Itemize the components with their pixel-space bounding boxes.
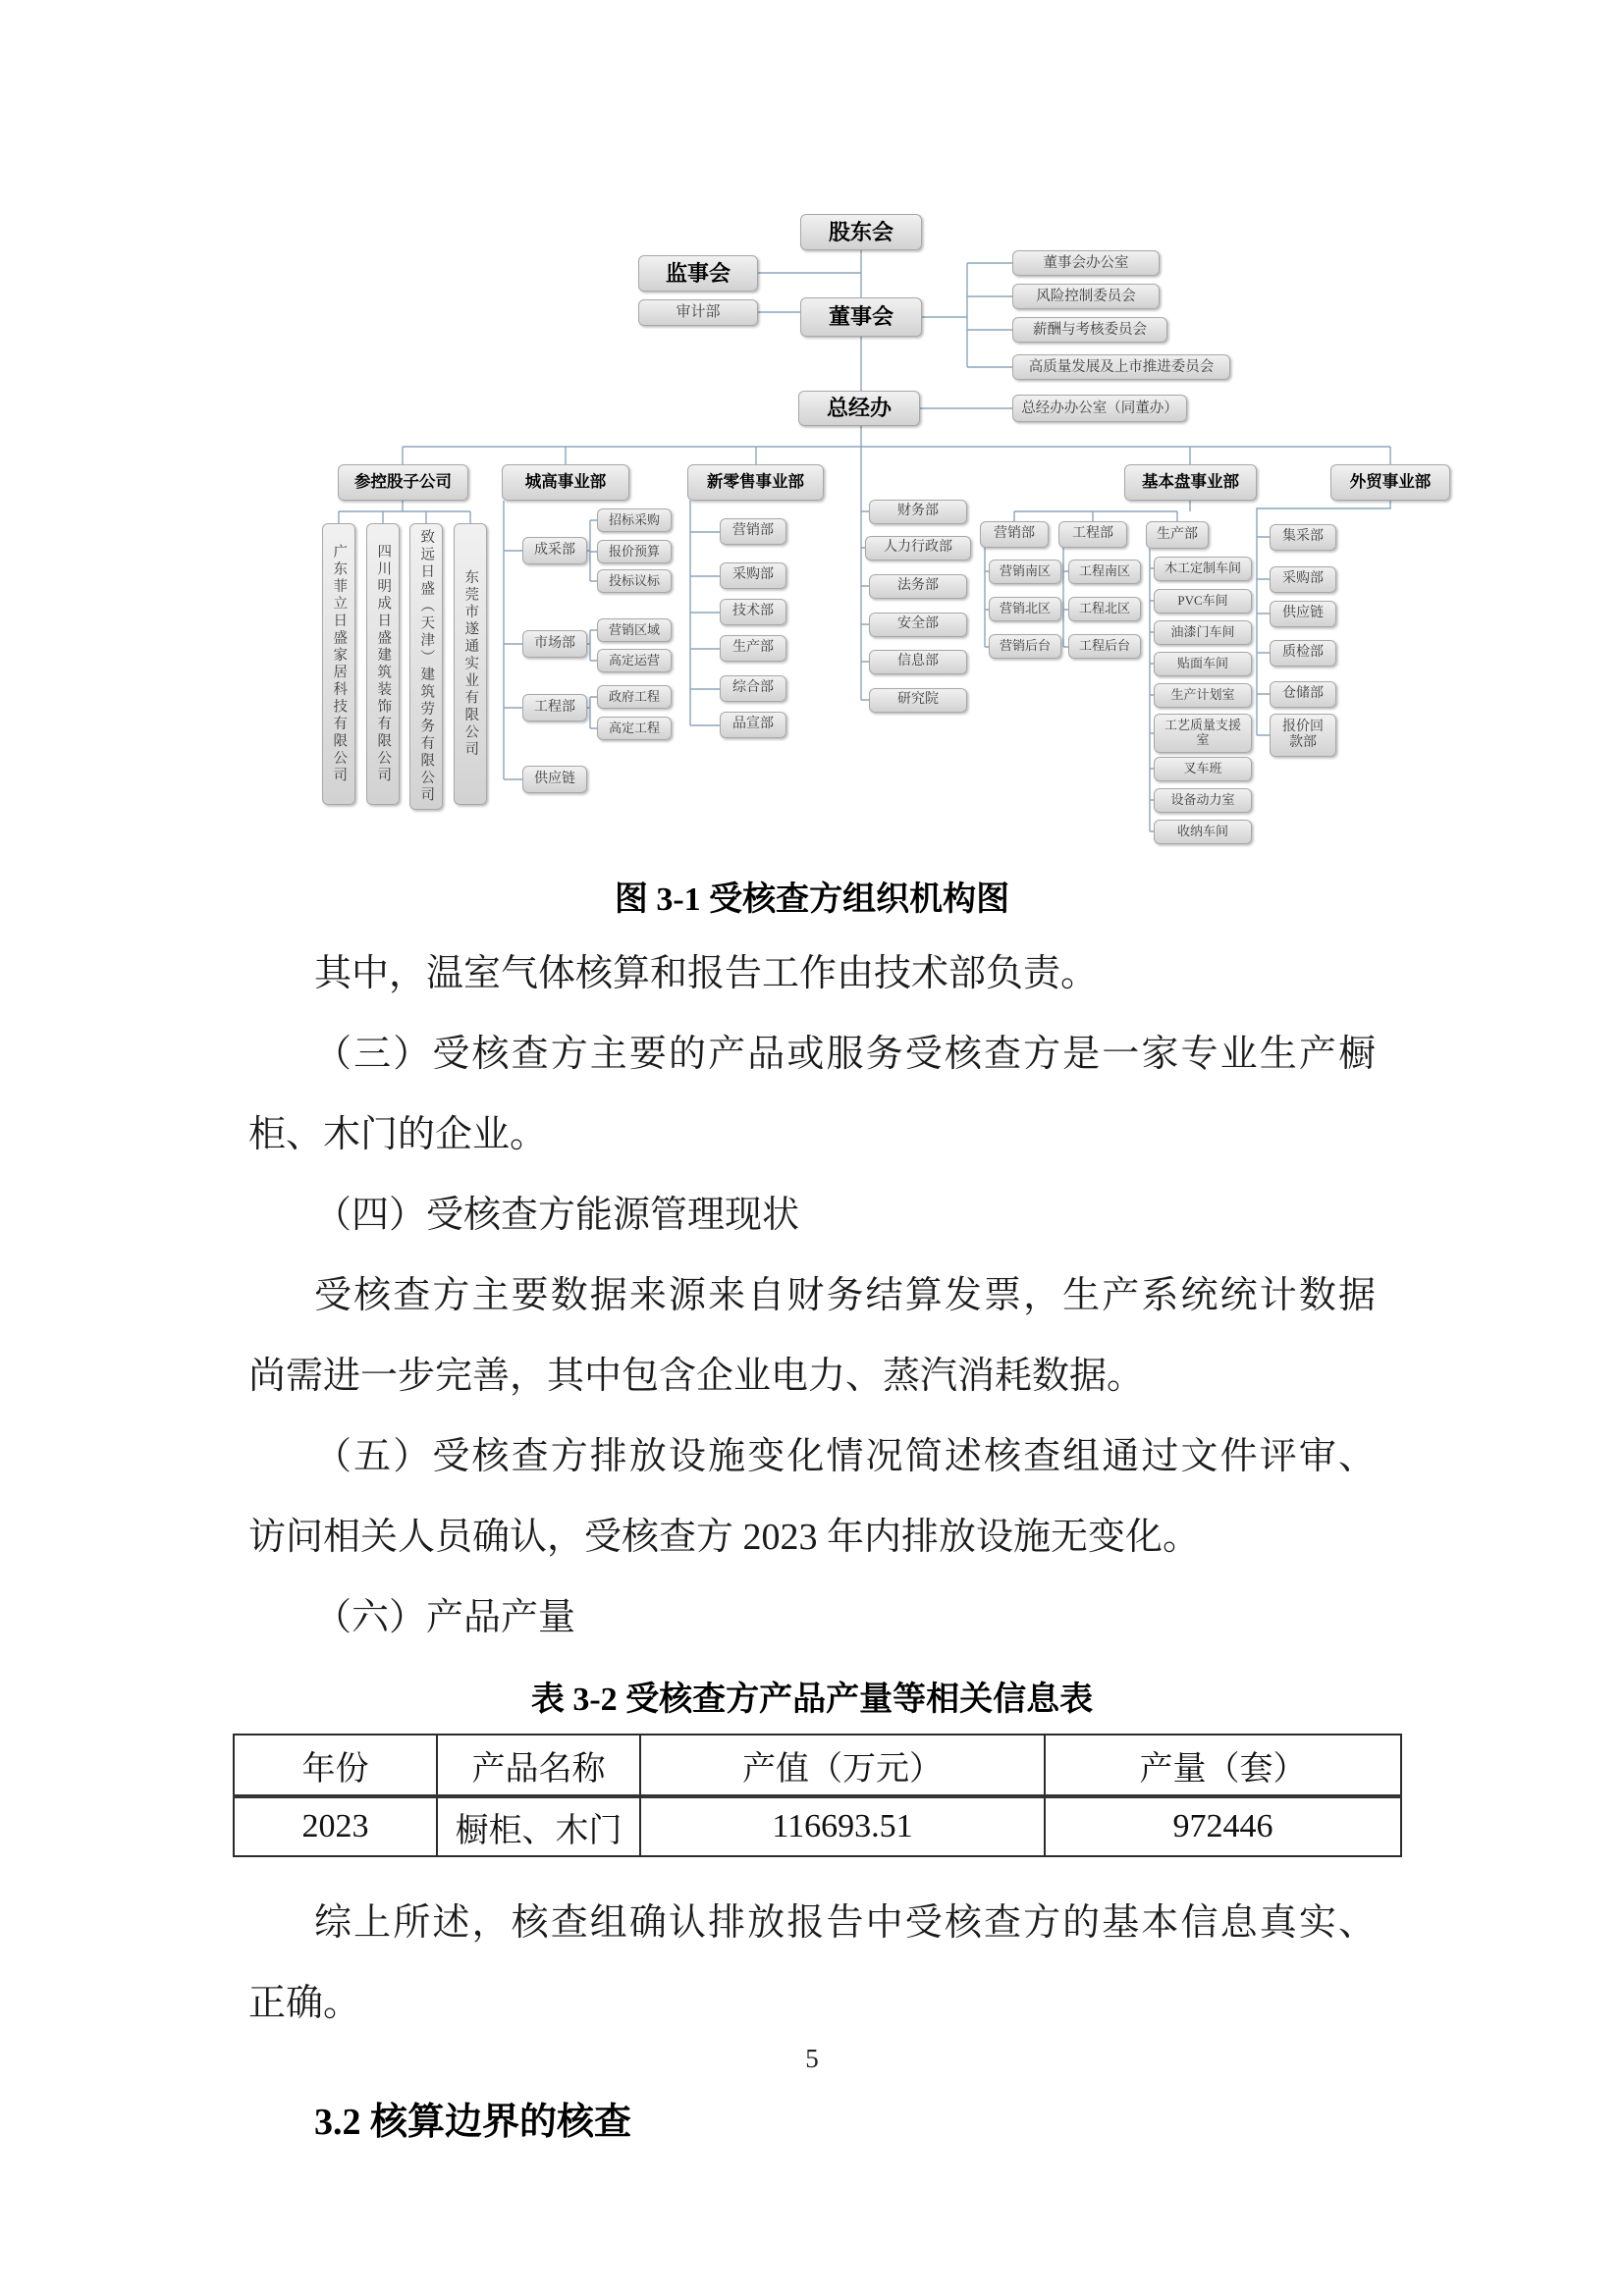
org-node-cg2: 市场部 xyxy=(522,630,587,658)
connector-division-drops xyxy=(403,447,1390,464)
org-node-p9: 收纳车间 xyxy=(1154,820,1252,844)
org-node-xl4: 生产部 xyxy=(720,635,786,662)
org-node-cg1: 成采部 xyxy=(522,537,587,564)
org-node-m2: 人力行政部 xyxy=(865,536,971,561)
org-node-jb3: 生产部 xyxy=(1146,521,1209,549)
org-node-c2: 风险控制委员会 xyxy=(1012,284,1160,309)
org-node-jianshi: 监事会 xyxy=(638,255,758,292)
org-node-xl5: 综合部 xyxy=(720,675,786,702)
org-node-xl1: 营销部 xyxy=(720,518,786,545)
org-node-w4: 质检部 xyxy=(1270,640,1336,667)
text-line: 受核查方主要数据来源来自财务结算发票，生产系统统计数据 xyxy=(248,1255,1376,1336)
org-node-d5: 外贸事业部 xyxy=(1330,464,1450,501)
org-node-s1: 广东菲立日盛家居科技有限公司 xyxy=(322,523,355,805)
org-node-jb2a: 工程南区 xyxy=(1068,560,1141,584)
org-node-w3: 供应链 xyxy=(1270,601,1336,627)
text-line: （六）产品产量 xyxy=(248,1577,1376,1658)
org-node-c3: 薪酬与考核委员会 xyxy=(1012,317,1167,343)
text-line: （四）受核查方能源管理现状 xyxy=(248,1175,1376,1255)
org-node-xl3: 技术部 xyxy=(720,599,786,625)
org-node-xl2: 采购部 xyxy=(720,562,786,589)
figure-caption: 图 3-1 受核查方组织机构图 xyxy=(248,872,1376,920)
org-node-dongshi: 董事会 xyxy=(800,297,922,337)
org-node-c4: 高质量发展及上市推进委员会 xyxy=(1012,354,1230,380)
text-line: 其中，温室气体核算和报告工作由技术部负责。 xyxy=(248,934,1376,1014)
org-node-jb2: 工程部 xyxy=(1058,521,1127,548)
org-node-d4: 基本盘事业部 xyxy=(1124,464,1257,501)
table-cell-product: 橱柜、木门 xyxy=(437,1796,640,1856)
org-node-cg3a: 政府工程 xyxy=(597,685,672,709)
text-line: 尚需进一步完善，其中包含企业电力、蒸汽消耗数据。 xyxy=(248,1336,1376,1416)
closing-text: 综上所述，核查组确认排放报告中受核查方的基本信息真实、正确。 xyxy=(248,1883,1376,2044)
org-node-cg3: 工程部 xyxy=(522,694,587,721)
org-node-m3: 法务部 xyxy=(869,574,967,599)
document-page: 股东会监事会审计部董事会总经办董事会办公室风险控制委员会薪酬与考核委员会高质量发… xyxy=(0,0,1624,2296)
org-node-c1: 董事会办公室 xyxy=(1012,250,1160,276)
table-caption: 表 3-2 受核查方产品产量等相关信息表 xyxy=(248,1672,1376,1720)
text-line: 综上所述，核查组确认排放报告中受核查方的基本信息真实、 xyxy=(248,1883,1376,1963)
org-node-w5: 仓储部 xyxy=(1270,681,1336,708)
org-node-s4: 东莞市遂通实业有限公司 xyxy=(454,523,487,805)
org-node-d2: 城高事业部 xyxy=(502,464,629,501)
org-node-d1: 参控股子公司 xyxy=(338,464,468,501)
table-cell-value: 116693.51 xyxy=(640,1796,1045,1856)
org-node-s2: 四川明成日盛建筑装饰有限公司 xyxy=(366,523,400,805)
table-data-row: 2023 橱柜、木门 116693.51 972446 xyxy=(234,1796,1401,1856)
org-node-cg4: 供应链 xyxy=(522,766,587,793)
org-node-s3: 致远日盛（天津）建筑劳务有限公司 xyxy=(409,523,443,810)
org-node-gudong: 股东会 xyxy=(800,214,922,250)
text-line: （五）受核查方排放设施变化情况简述核查组通过文件评审、 xyxy=(248,1416,1376,1497)
org-node-p8: 设备动力室 xyxy=(1154,788,1252,813)
org-node-jb2b: 工程北区 xyxy=(1068,597,1141,621)
org-node-jb1: 营销部 xyxy=(980,521,1049,548)
table-header-year: 年份 xyxy=(234,1735,437,1796)
org-node-xl6: 品宣部 xyxy=(720,712,786,738)
org-node-m6: 研究院 xyxy=(869,688,967,713)
org-node-p7: 叉车班 xyxy=(1154,757,1252,781)
connector-committees xyxy=(920,263,1012,408)
org-node-c5: 总经办办公室（同董办） xyxy=(1012,395,1187,422)
org-node-cg1b: 报价预算 xyxy=(597,540,672,563)
org-chart: 股东会监事会审计部董事会总经办董事会办公室风险控制委员会薪酬与考核委员会高质量发… xyxy=(0,0,1624,846)
text-line: 正确。 xyxy=(248,1963,1376,2044)
org-node-p4: 贴面车间 xyxy=(1154,652,1252,676)
org-node-cg2b: 高定运营 xyxy=(597,649,672,672)
table-header-volume: 产量（套） xyxy=(1045,1735,1401,1796)
org-node-p2: PVC车间 xyxy=(1154,589,1252,614)
org-node-jb1a: 营销南区 xyxy=(989,560,1061,584)
body-text: 其中，温室气体核算和报告工作由技术部负责。（三）受核查方主要的产品或服务受核查方… xyxy=(248,934,1376,1658)
table-header-row: 年份 产品名称 产值（万元） 产量（套） xyxy=(234,1735,1401,1796)
connector-xinlingshou xyxy=(690,501,720,725)
org-node-cg1c: 投标议标 xyxy=(597,569,672,593)
connector-subsidiaries xyxy=(339,501,470,523)
table-header-value: 产值（万元） xyxy=(640,1735,1045,1796)
org-node-w2: 采购部 xyxy=(1270,566,1336,593)
org-node-p6: 工艺质量支援 室 xyxy=(1154,714,1252,753)
org-node-m4: 安全部 xyxy=(869,613,967,637)
text-line: 访问相关人员确认，受核查方 2023 年内排放设施无变化。 xyxy=(248,1497,1376,1577)
text-line: （三）受核查方主要的产品或服务受核查方是一家专业生产橱 xyxy=(248,1014,1376,1095)
table-cell-year: 2023 xyxy=(234,1796,437,1856)
org-node-p3: 油漆门车间 xyxy=(1154,620,1252,645)
org-node-m5: 信息部 xyxy=(869,650,967,674)
section-heading: 3.2 核算边界的核查 xyxy=(314,2091,1376,2145)
org-node-jb2c: 工程后台 xyxy=(1068,634,1141,659)
org-node-w1: 集采部 xyxy=(1270,524,1336,551)
org-node-cg1a: 招标采购 xyxy=(597,508,672,532)
org-node-p1: 木工定制车间 xyxy=(1154,557,1252,581)
org-node-p5: 生产计划室 xyxy=(1154,683,1252,708)
org-node-zongjing: 总经办 xyxy=(798,391,920,426)
org-node-cg3b: 高定工程 xyxy=(597,717,672,740)
table-cell-volume: 972446 xyxy=(1045,1796,1401,1856)
org-node-m1: 财务部 xyxy=(869,500,967,524)
text-line: 柜、木门的企业。 xyxy=(248,1095,1376,1175)
org-node-jb1c: 营销后台 xyxy=(989,634,1061,659)
page-number: 5 xyxy=(0,2044,1624,2074)
org-node-jb1b: 营销北区 xyxy=(989,597,1061,621)
table-header-product: 产品名称 xyxy=(437,1735,640,1796)
org-node-shenji: 审计部 xyxy=(638,299,758,326)
org-node-w6: 报价回 款部 xyxy=(1270,714,1336,757)
product-output-table: 年份 产品名称 产值（万元） 产量（套） 2023 橱柜、木门 116693.5… xyxy=(233,1734,1402,1857)
org-node-cg2a: 营销区域 xyxy=(597,618,672,642)
org-node-d3: 新零售事业部 xyxy=(687,464,824,501)
